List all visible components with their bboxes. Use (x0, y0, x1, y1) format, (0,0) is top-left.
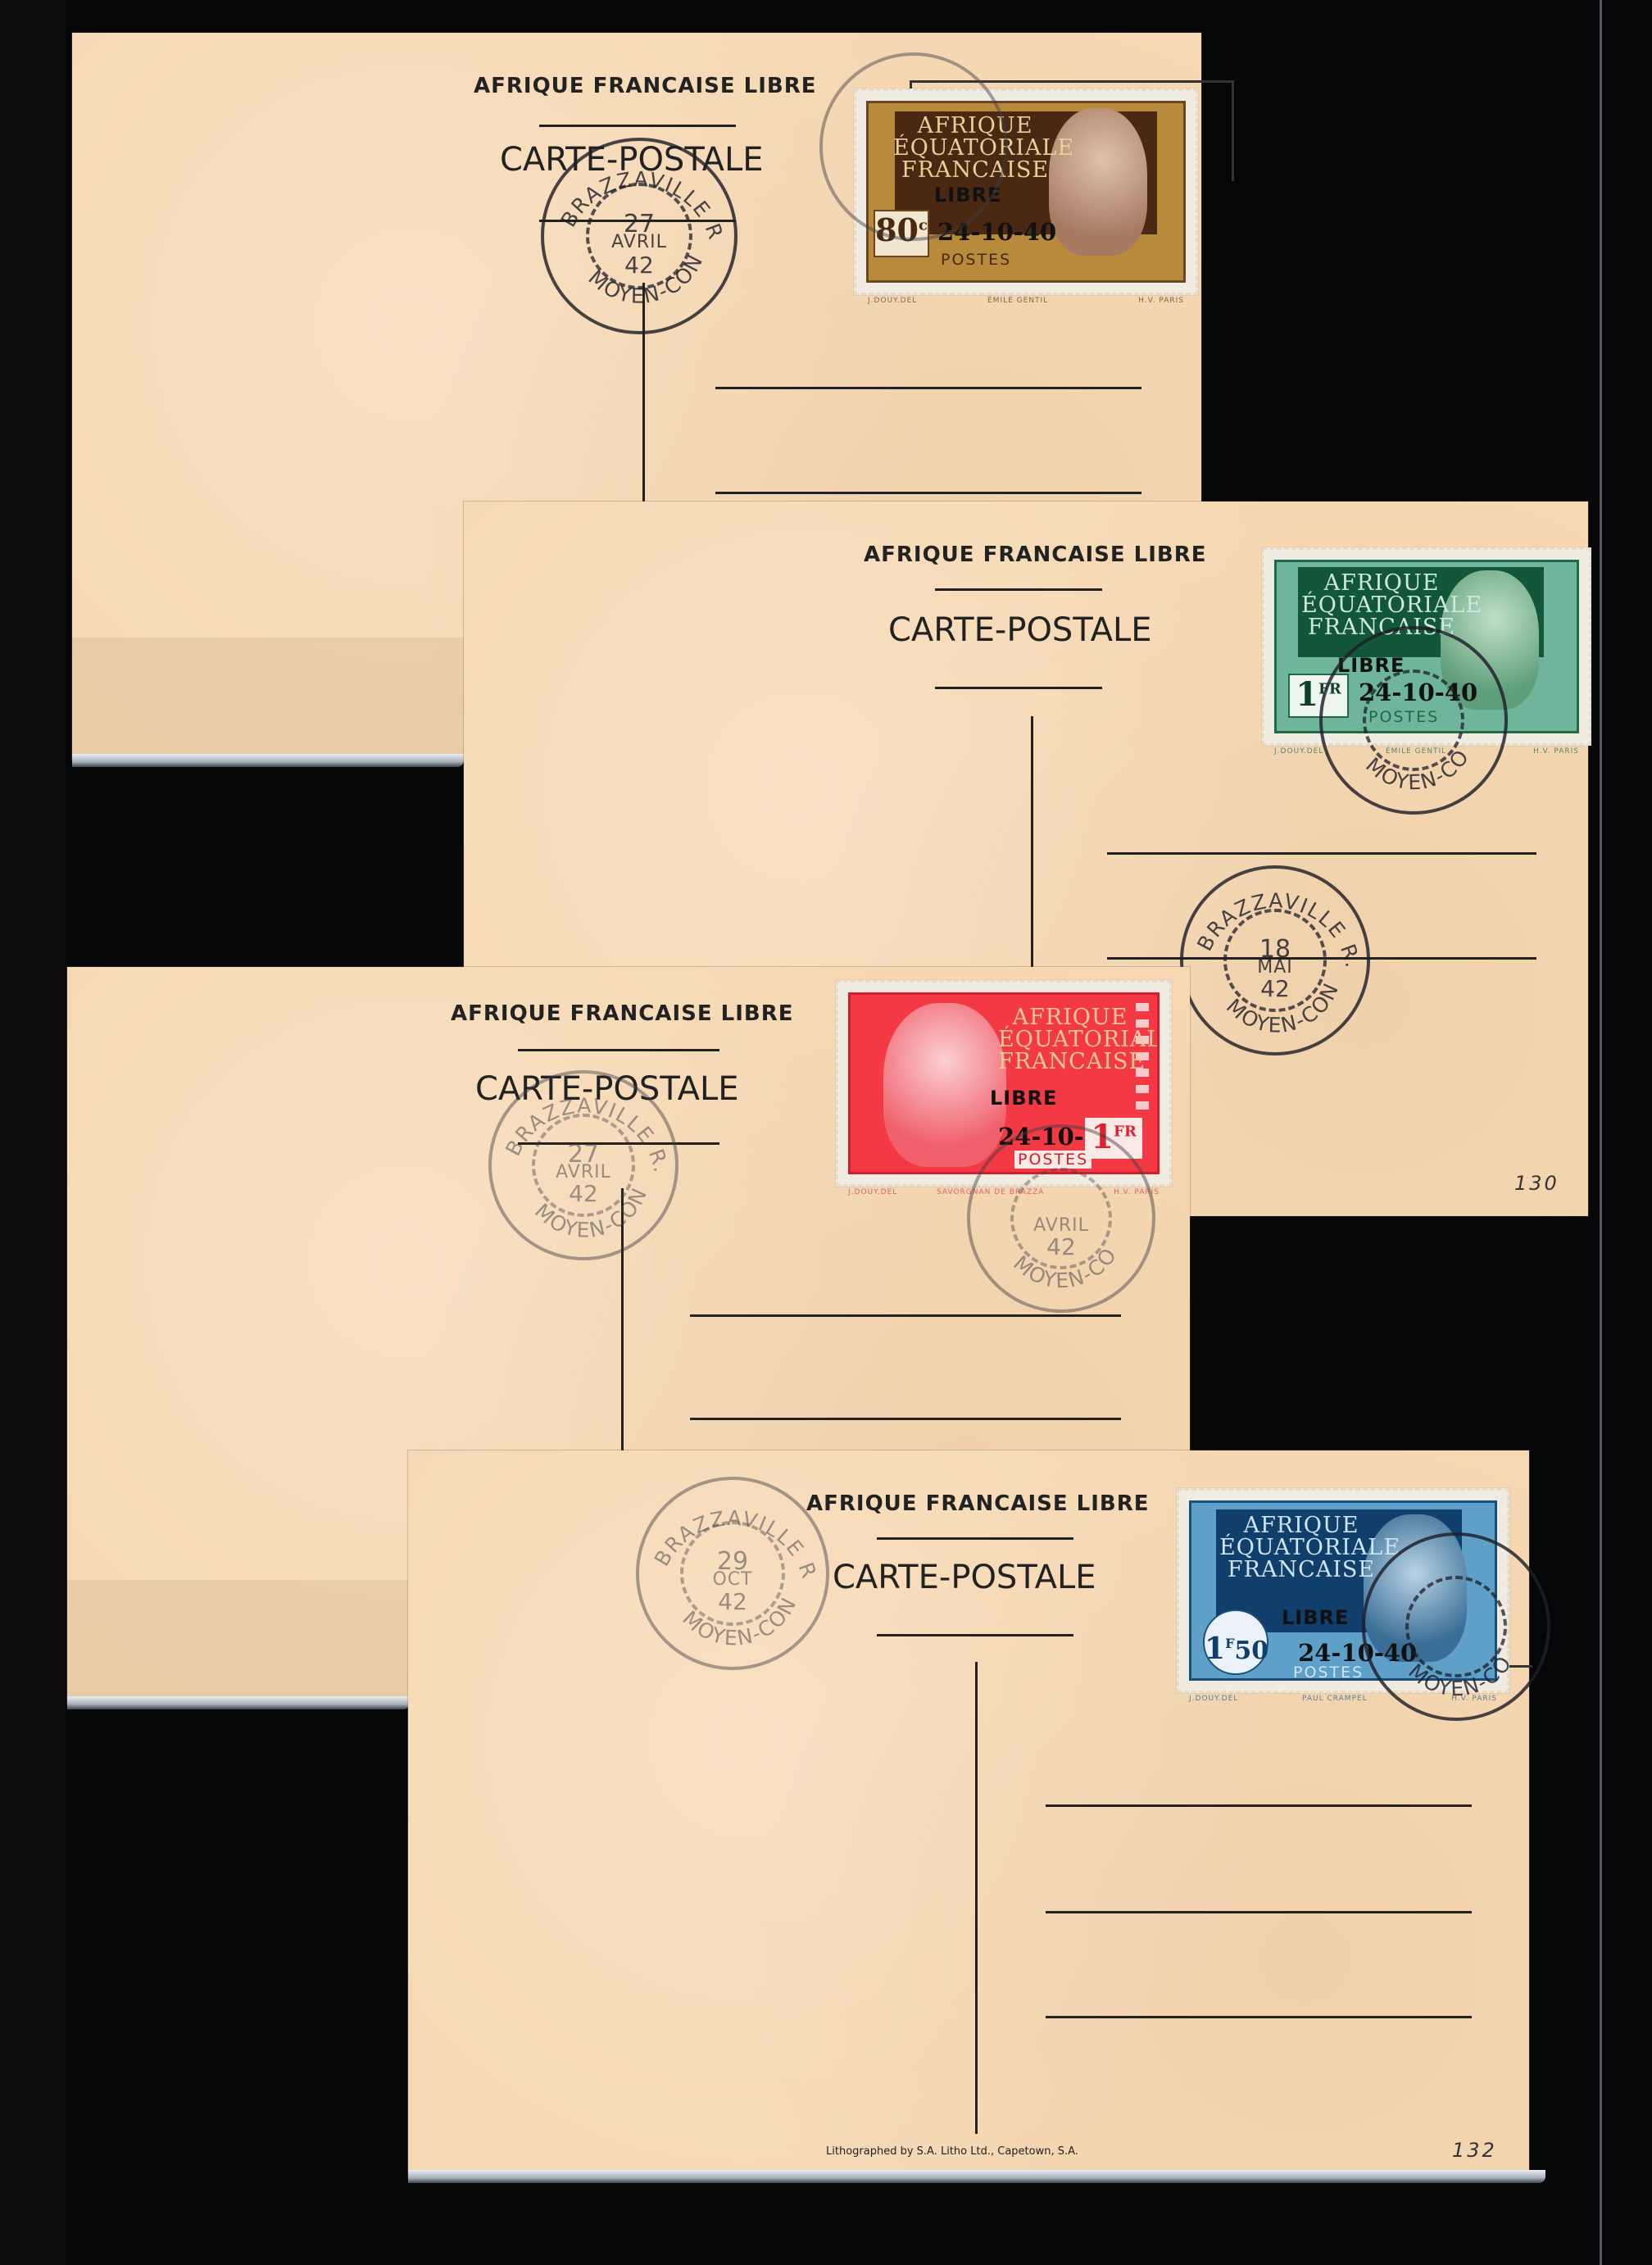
stamp-overprint: LIBRE (1282, 1606, 1349, 1629)
postmark-brazzaville-1: BRAZZAVILLE R.P. MOYEN-CONGO 27 AVRIL 42 (541, 138, 737, 334)
postmark-partial-top (819, 52, 1008, 241)
sleeve-edge (408, 2170, 1545, 2183)
card-publisher-header: AFRIQUE FRANCAISE LIBRE (864, 542, 1207, 567)
card-title: CARTE-POSTALE (888, 611, 1152, 649)
handwritten-number: 130 (1514, 1172, 1559, 1195)
card-publisher-header: AFRIQUE FRANCAISE LIBRE (451, 1001, 794, 1026)
album-sleeve-line (1600, 0, 1602, 2265)
album-page-edge (0, 0, 66, 2265)
postmark-brazzaville-2a: MOYEN-CONGO (1319, 626, 1508, 815)
card-title: CARTE-POSTALE (833, 1559, 1096, 1596)
svg-text:MOYEN-CONGO: MOYEN-CONGO (961, 1109, 1122, 1292)
handwritten-number: 132 (1452, 2139, 1497, 2162)
card-publisher-header: AFRIQUE FRANCAISE LIBRE (474, 74, 817, 98)
postmark-brazzaville-3a: BRAZZAVILLE R.P. MOYEN-CONGO 27 AVRIL 42 (488, 1070, 678, 1260)
postmark-brazzaville-4b: MOYEN-CONGO (1362, 1532, 1550, 1721)
stamp-overprint: LIBRE (990, 1087, 1057, 1110)
postmark-brazzaville-3b: MOYEN-CONGO AVRIL 42 (967, 1124, 1155, 1313)
card-publisher-header: AFRIQUE FRANCAISE LIBRE (806, 1491, 1150, 1516)
printer-imprint: Lithographed by S.A. Litho Ltd., Capetow… (826, 2145, 1078, 2158)
postmark-brazzaville-4a: BRAZZAVILLE R.P. MOYEN-CONGO 29 OCT 42 (636, 1477, 829, 1670)
postmark-brazzaville-2b: BRAZZAVILLE R.P. MOYEN-CONGO 18 MAI 42 (1180, 865, 1370, 1055)
sleeve-edge (67, 1696, 410, 1709)
svg-text:MOYEN-CONGO: MOYEN-CONGO (1356, 1517, 1517, 1700)
svg-text:MOYEN-CONGO: MOYEN-CONGO (1314, 611, 1474, 794)
sleeve-edge (72, 754, 464, 767)
